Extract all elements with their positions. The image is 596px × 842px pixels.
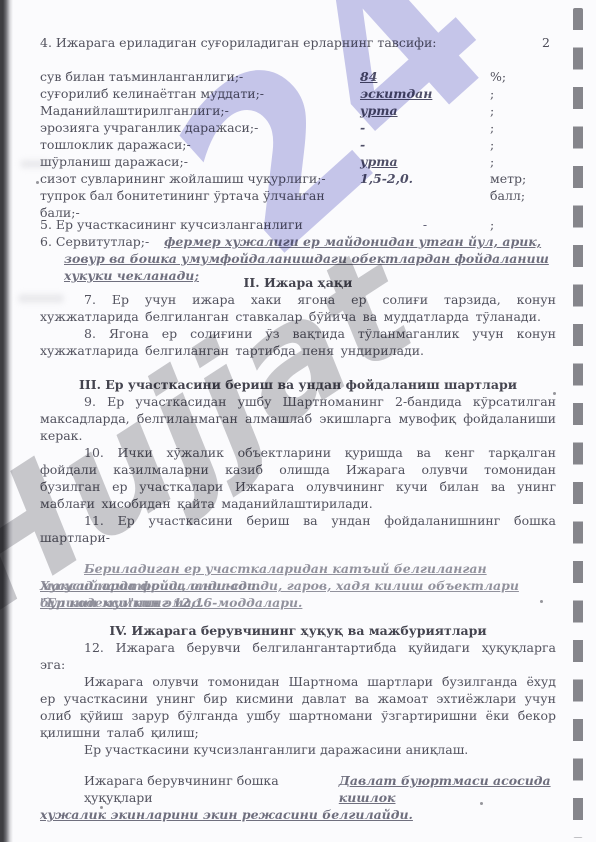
spec-value: эскитдан [360,85,490,102]
spec-label: сув билан таъминланганлиги;- [40,68,360,85]
spec-value: 1,5-2,0. [360,170,490,187]
spec-value: 84 [360,68,490,85]
spec-value: - [360,119,490,136]
spec-label: Маданийлаштирилганлиги;- [40,102,360,119]
item5-label: 5. Ер участкасининг кучсизланганлиги [40,216,360,233]
spec-unit: ; [490,153,556,170]
item11-filled-line3: "Ер кодекси"нинг 12,16-моддалари. [40,594,556,611]
item11-filled-block: Бериладиган ер участкаларидан катъий бел… [40,560,556,611]
item6-label: 6. Сервитутлар;- [40,233,149,250]
item6-filled-value-line2: зовур ва бошка умумфойдаланишдаги обектл… [64,250,556,267]
section3-heading: III. Ер участкасини бериш ва ундан фойда… [40,376,556,393]
other-rights-label: Ижарага берувчининг бошка ҳуқуқлари [84,772,297,806]
table-row: эрозияга учраганлик даражаси;- - ; [40,119,556,136]
table-row: сизот сувларининг жойлашиш чуқурлиги;- 1… [40,170,556,187]
spec-label: тошлоклик даражаси;- [40,136,360,153]
section4-heading: IV. Ижарага берувчининг ҳуқуқ ва мажбури… [40,622,556,639]
spec-label: эрозияга учраганлик даражаси;- [40,119,360,136]
item11-filled-line1: Бериладиган ер участкаларидан катъий бел… [40,560,556,577]
scan-speck [36,181,39,184]
paragraph-12: 12. Ижарага берувчи белгилангантартибда … [40,639,556,673]
item6-block: 6. Сервитутлар;- фермер хужалиги ер майд… [40,233,556,267]
paragraph-11: 11. Ер участкасини бериш ва ундан фойдал… [40,512,556,546]
spec-unit: ; [490,119,556,136]
other-rights-filled-value2: хужалик экинларини экин режасини белгила… [40,806,556,823]
document-page: 4. Ижарага ериладиган суғориладиган ерла… [40,34,556,823]
paragraph-9: 9. Ер участкасидан ушбу Шартноманинг 2-б… [40,393,556,444]
paragraph-8: 8. Ягона ер солиғини ўз вақтида тўланмаг… [40,325,556,359]
paragraph-12-body: Ижарага олувчи томонидан Шартнома шартла… [40,673,556,741]
item4-title: 4. Ижарага ериладиган суғориладиган ерла… [40,34,437,51]
item5-unit: ; [490,216,556,233]
spec-unit: ; [490,85,556,102]
spec-value: - [360,136,490,153]
spec-unit: ; [490,102,556,119]
other-rights-line: Ижарага берувчининг бошка ҳуқуқлари Давл… [40,772,556,806]
page-number: 2 [542,34,550,51]
item5-value: - [360,216,490,233]
paragraph-12-last: Ер участкасини кучсизланганлиги даражаси… [84,741,556,758]
table-row: шўрланиш даражаси;- урта ; [40,153,556,170]
land-spec-table: сув билан таъминланганлиги;- 84 %; суғор… [40,68,556,204]
scan-left-edge-shadow [0,0,13,842]
paragraph-7: 7. Ер учун ижара хаки ягона ер солиғи та… [40,291,556,325]
table-row: Маданийлаштирилганлиги;- урта ; [40,102,556,119]
item4-title-line: 4. Ижарага ериладиган суғориладиган ерла… [40,34,556,51]
spec-unit: %; [490,68,556,85]
spec-unit: метр; [490,170,556,187]
binding-perforation-marks [573,8,583,838]
paragraph-10: 10. Ички хўжалик объектларини қуришда ва… [40,444,556,512]
item11-filled-line2: Хусусийлаштириш, олди-сотди, гаров, хадя… [40,577,556,594]
spec-unit: ; [490,136,556,153]
spec-label: шўрланиш даражаси;- [40,153,360,170]
spec-value: урта [360,102,490,119]
table-row: суғорилиб келинаётган муддати;- эскитдан… [40,85,556,102]
spec-value: урта [360,153,490,170]
item6-line1: 6. Сервитутлар;- фермер хужалиги ер майд… [40,233,556,250]
item6-filled-value-line1: фермер хужалиги ер майдонидан утган йул,… [149,233,556,250]
item5-line: 5. Ер участкасининг кучсизланганлиги - ; [40,216,556,233]
spec-label: суғорилиб келинаётган муддати;- [40,85,360,102]
table-row: тупрок бал бонитетининг ўртача ўлчанган … [40,187,556,204]
spec-label: сизот сувларининг жойлашиш чуқурлиги;- [40,170,360,187]
other-rights-filled-value1: Давлат буюртмаси асосида кишлок [339,772,556,806]
table-row: тошлоклик даражаси;- - ; [40,136,556,153]
table-row: сув билан таъминланганлиги;- 84 %; [40,68,556,85]
